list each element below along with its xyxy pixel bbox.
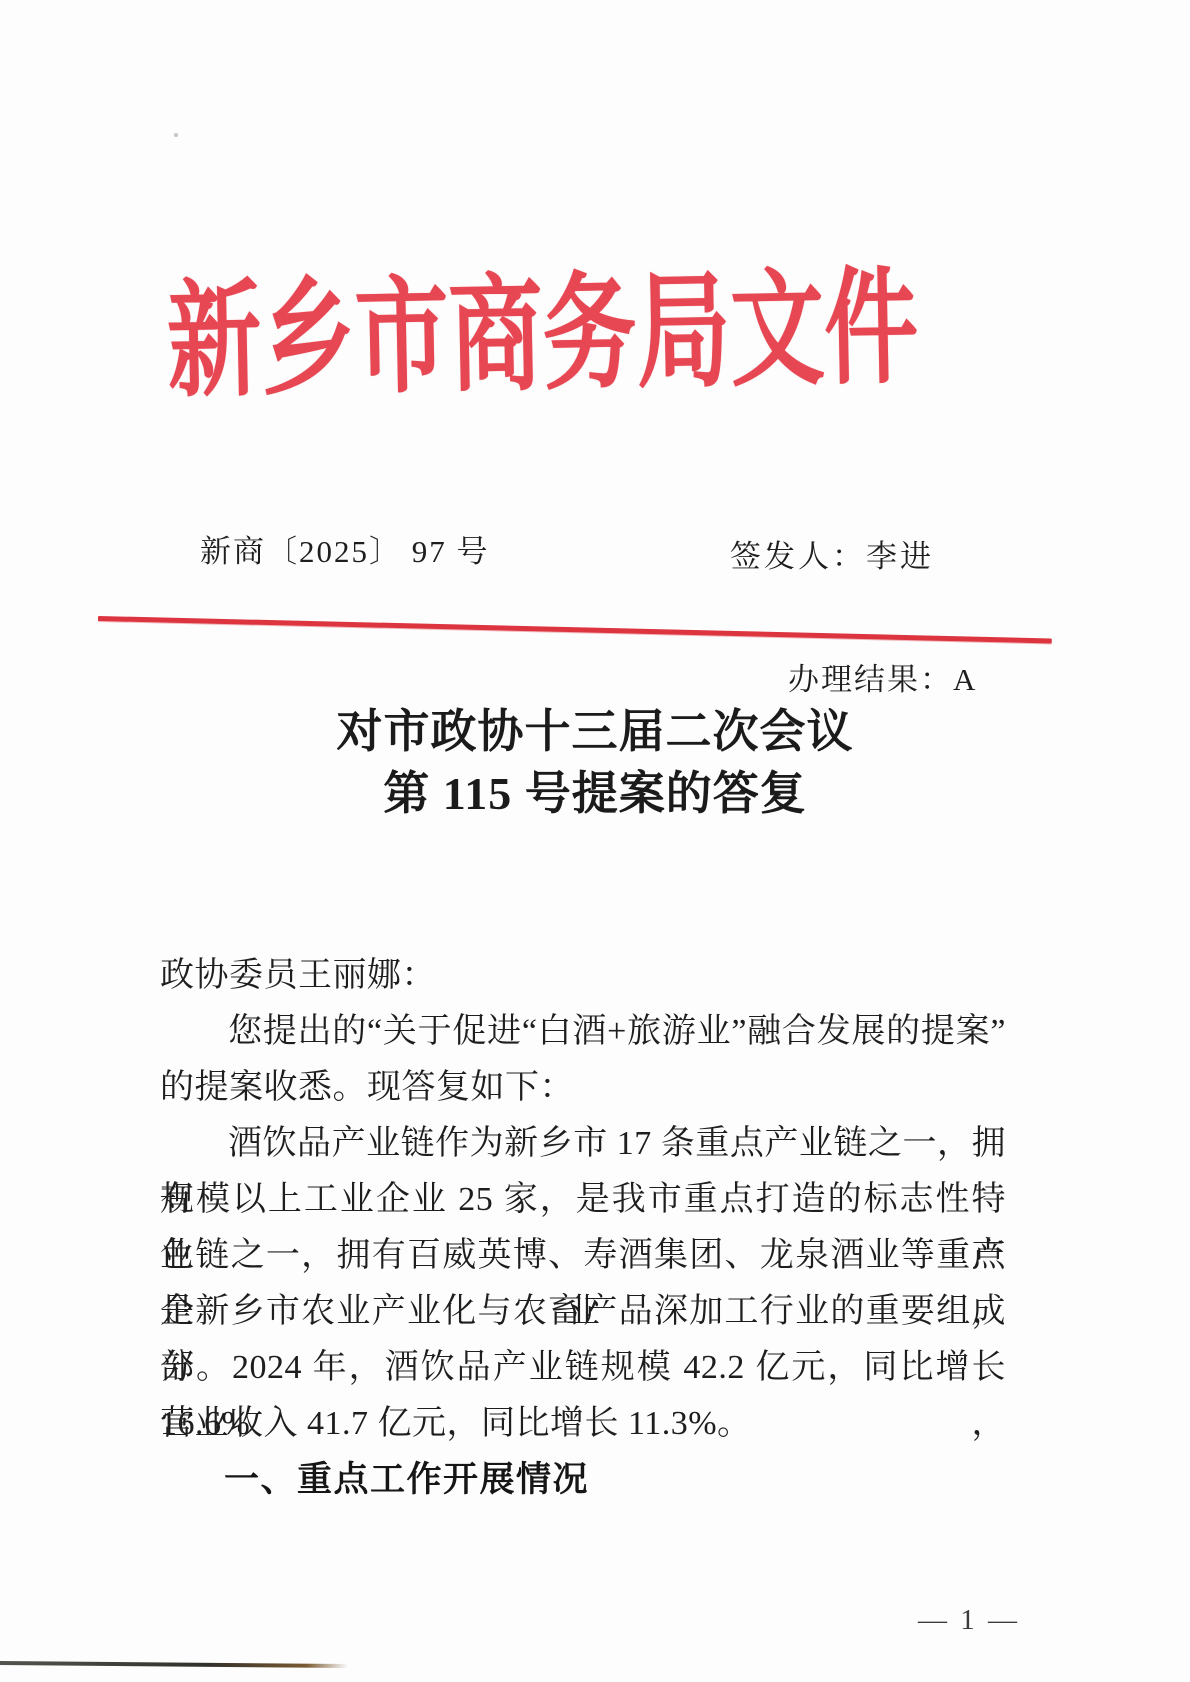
section-heading: 一、重点工作开展情况 [160,1452,1006,1508]
agency-banner-title: 新乡市商务局文件 [166,262,919,412]
signer-label: 签发人：李进 [730,531,934,576]
page-number: — 1 — [918,1604,1020,1637]
salutation: 政协委员王丽娜： [160,948,1006,1004]
body-line: 是新乡市农业产业化与农畜产品深加工行业的重要组成部 [160,1284,1006,1340]
document-number: 新商〔2025〕 97 号 [200,526,490,571]
document-title: 对市政协十三届二次会议 第 115 号提案的答复 [0,701,1190,825]
red-separator-rule [98,616,1052,643]
document-title-line-1: 对市政协十三届二次会议 [0,701,1190,763]
handling-result-label: 办理结果：A [788,654,977,699]
document-title-line-2: 第 115 号提案的答复 [0,763,1190,825]
scan-edge-artifact [0,1661,348,1668]
body-line: 业链之一，拥有百威英博、寿酒集团、龙泉酒业等重点企业， [160,1228,1006,1284]
body-line: 的提案收悉。现答复如下： [160,1060,1006,1116]
document-page: 新乡市商务局文件 新商〔2025〕 97 号 签发人：李进 办理结果：A 对市政… [0,0,1190,1682]
body-line: 规模以上工业企业 25 家，是我市重点打造的标志性特色产 [160,1172,1006,1228]
body-line: 酒饮品产业链作为新乡市 17 条重点产业链之一，拥有 [160,1116,1006,1172]
body-line: 分。2024 年，酒饮品产业链规模 42.2 亿元，同比增长 16.6%， [160,1340,1006,1396]
scan-speck [174,133,178,137]
document-body: 政协委员王丽娜： 您提出的“关于促进“白酒+旅游业”融合发展的提案” 的提案收悉… [160,948,1006,1508]
body-line: 您提出的“关于促进“白酒+旅游业”融合发展的提案” [160,1004,1006,1060]
